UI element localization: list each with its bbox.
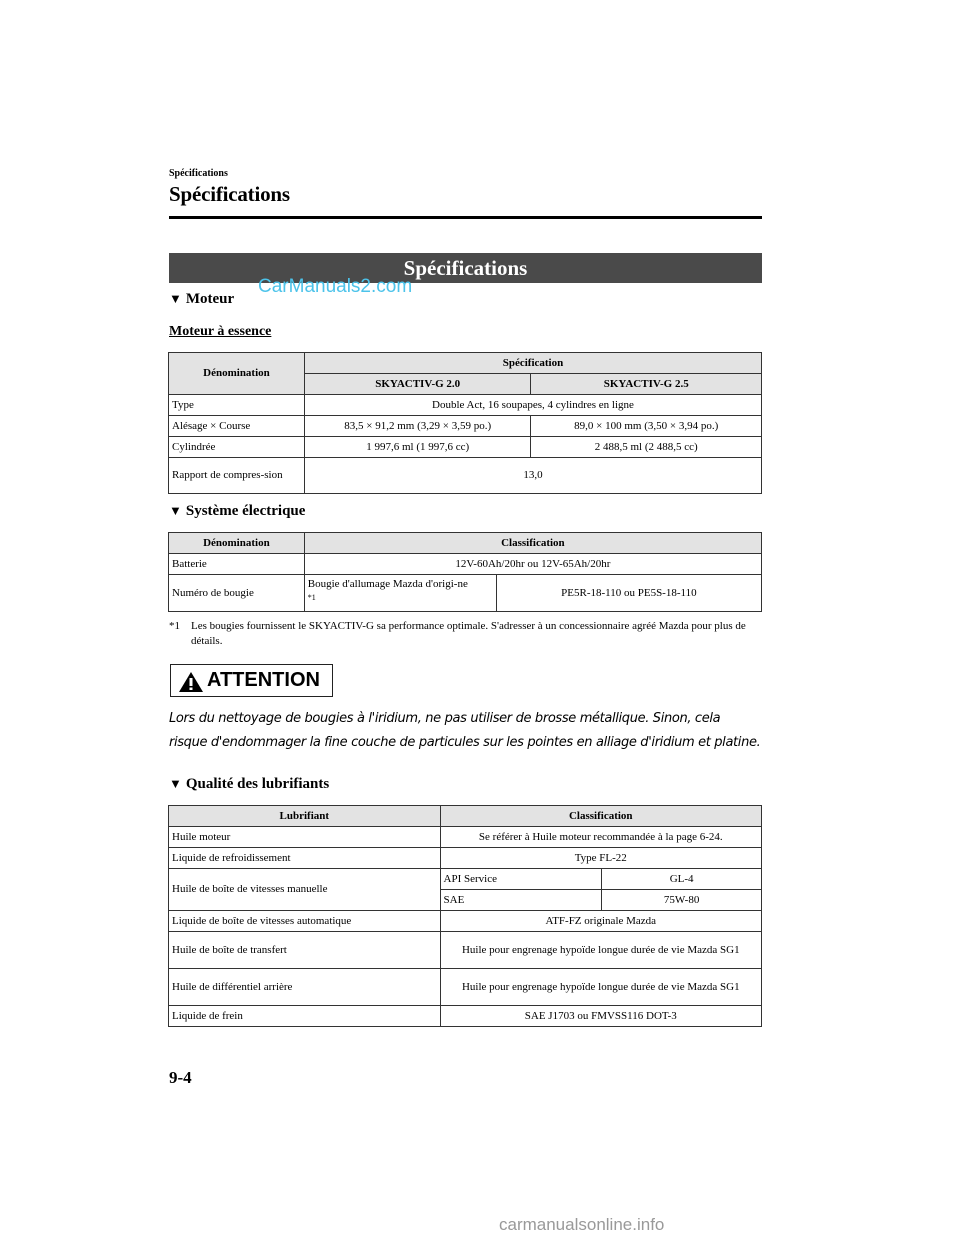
table-row: Liquide de refroidissement Type FL-22 <box>169 848 762 869</box>
engine-heading: ▼Moteur <box>169 291 234 308</box>
watermark-bottom: carmanualsonline.info <box>499 1215 664 1235</box>
attention-text: Lors du nettoyage de bougies à l'iridium… <box>169 707 762 755</box>
lubricants-heading: ▼Qualité des lubrifiants <box>169 776 329 793</box>
row-label: Rapport de compres-sion <box>169 458 305 494</box>
row-label: Liquide de refroidissement <box>169 848 441 869</box>
row-value: Type FL-22 <box>440 848 761 869</box>
row-value: 1 997,6 ml (1 997,6 cc) <box>304 437 531 458</box>
table-row: Alésage × Course 83,5 × 91,2 mm (3,29 × … <box>169 416 762 437</box>
row-label: Huile de boîte de transfert <box>169 932 441 969</box>
warning-icon <box>178 671 204 693</box>
footnote: *1 Les bougies fournissent le SKYACTIV-G… <box>169 619 762 649</box>
engine-variant-1: SKYACTIV-G 2.0 <box>304 374 531 395</box>
electrical-heading: ▼Système électrique <box>169 503 305 520</box>
row-value: Huile pour engrenage hypoïde longue duré… <box>440 969 761 1006</box>
table-row: Type Double Act, 16 soupapes, 4 cylindre… <box>169 395 762 416</box>
lubricants-heading-text: Qualité des lubrifiants <box>186 776 329 792</box>
row-value: Se référer à Huile moteur recommandée à … <box>440 827 761 848</box>
engine-heading-text: Moteur <box>186 291 234 307</box>
table-row: Huile moteur Se référer à Huile moteur r… <box>169 827 762 848</box>
table-row: Batterie 12V-60Ah/20hr ou 12V-65Ah/20hr <box>169 554 762 575</box>
table-row: Cylindrée 1 997,6 ml (1 997,6 cc) 2 488,… <box>169 437 762 458</box>
row-label: Huile de différentiel arrière <box>169 969 441 1006</box>
row-value: GL-4 <box>602 869 762 890</box>
footnote-mark: *1 <box>169 619 180 634</box>
lubricants-table: Lubrifiant Classification Huile moteur S… <box>168 805 762 1027</box>
row-value: SAE J1703 ou FMVSS116 DOT-3 <box>440 1006 761 1027</box>
row-value: PE5R-18-110 ou PE5S-18-110 <box>496 575 761 612</box>
electrical-col-class: Classification <box>304 533 761 554</box>
row-label: Liquide de frein <box>169 1006 441 1027</box>
row-value: Huile pour engrenage hypoïde longue duré… <box>440 932 761 969</box>
row-value: 12V-60Ah/20hr ou 12V-65Ah/20hr <box>304 554 761 575</box>
lub-col-name: Lubrifiant <box>169 806 441 827</box>
triangle-down-icon: ▼ <box>169 503 182 518</box>
table-row: Liquide de frein SAE J1703 ou FMVSS116 D… <box>169 1006 762 1027</box>
attention-box: ATTENTION <box>170 664 333 697</box>
row-sublabel: SAE <box>440 890 602 911</box>
footnote-text: Les bougies fournissent le SKYACTIV-G sa… <box>191 619 762 649</box>
electrical-heading-text: Système électrique <box>186 503 306 519</box>
row-label: Huile de boîte de vitesses manuelle <box>169 869 441 911</box>
page-number: 9-4 <box>169 1068 192 1088</box>
watermark-top: CarManuals2.com <box>258 276 412 298</box>
row-value: 2 488,5 ml (2 488,5 cc) <box>531 437 762 458</box>
row-label: Cylindrée <box>169 437 305 458</box>
row-value: Double Act, 16 soupapes, 4 cylindres en … <box>304 395 761 416</box>
table-row: Numéro de bougie Bougie d'allumage Mazda… <box>169 575 762 612</box>
row-label: Liquide de boîte de vitesses automatique <box>169 911 441 932</box>
triangle-down-icon: ▼ <box>169 776 182 791</box>
attention-label: ATTENTION <box>207 665 320 696</box>
row-sublabel: Bougie d'allumage Mazda d'origi-ne*1 <box>304 575 496 612</box>
row-value: 89,0 × 100 mm (3,50 × 3,94 po.) <box>531 416 762 437</box>
row-label: Type <box>169 395 305 416</box>
electrical-table: Dénomination Classification Batterie 12V… <box>168 532 762 612</box>
row-sublabel: API Service <box>440 869 602 890</box>
table-row: Huile de différentiel arrière Huile pour… <box>169 969 762 1006</box>
row-value: 83,5 × 91,2 mm (3,29 × 3,59 po.) <box>304 416 531 437</box>
row-label: Numéro de bougie <box>169 575 305 612</box>
table-row: Liquide de boîte de vitesses automatique… <box>169 911 762 932</box>
breadcrumb: Spécifications <box>169 168 228 179</box>
triangle-down-icon: ▼ <box>169 291 182 306</box>
row-label: Huile moteur <box>169 827 441 848</box>
lub-col-class: Classification <box>440 806 761 827</box>
table-row: Huile de boîte de vitesses manuelle API … <box>169 869 762 890</box>
row-value: ATF-FZ originale Mazda <box>440 911 761 932</box>
page-title: Spécifications <box>169 182 290 207</box>
engine-col-name: Dénomination <box>169 353 305 395</box>
row-value: 13,0 <box>304 458 761 494</box>
table-row: Huile de boîte de transfert Huile pour e… <box>169 932 762 969</box>
table-row: Rapport de compres-sion 13,0 <box>169 458 762 494</box>
title-rule <box>169 216 762 219</box>
engine-subheading: Moteur à essence <box>169 324 271 340</box>
row-label: Alésage × Course <box>169 416 305 437</box>
row-label: Batterie <box>169 554 305 575</box>
engine-variant-2: SKYACTIV-G 2.5 <box>531 374 762 395</box>
engine-table: Dénomination Spécification SKYACTIV-G 2.… <box>168 352 762 494</box>
electrical-col-name: Dénomination <box>169 533 305 554</box>
row-value: 75W-80 <box>602 890 762 911</box>
engine-col-spec: Spécification <box>304 353 761 374</box>
